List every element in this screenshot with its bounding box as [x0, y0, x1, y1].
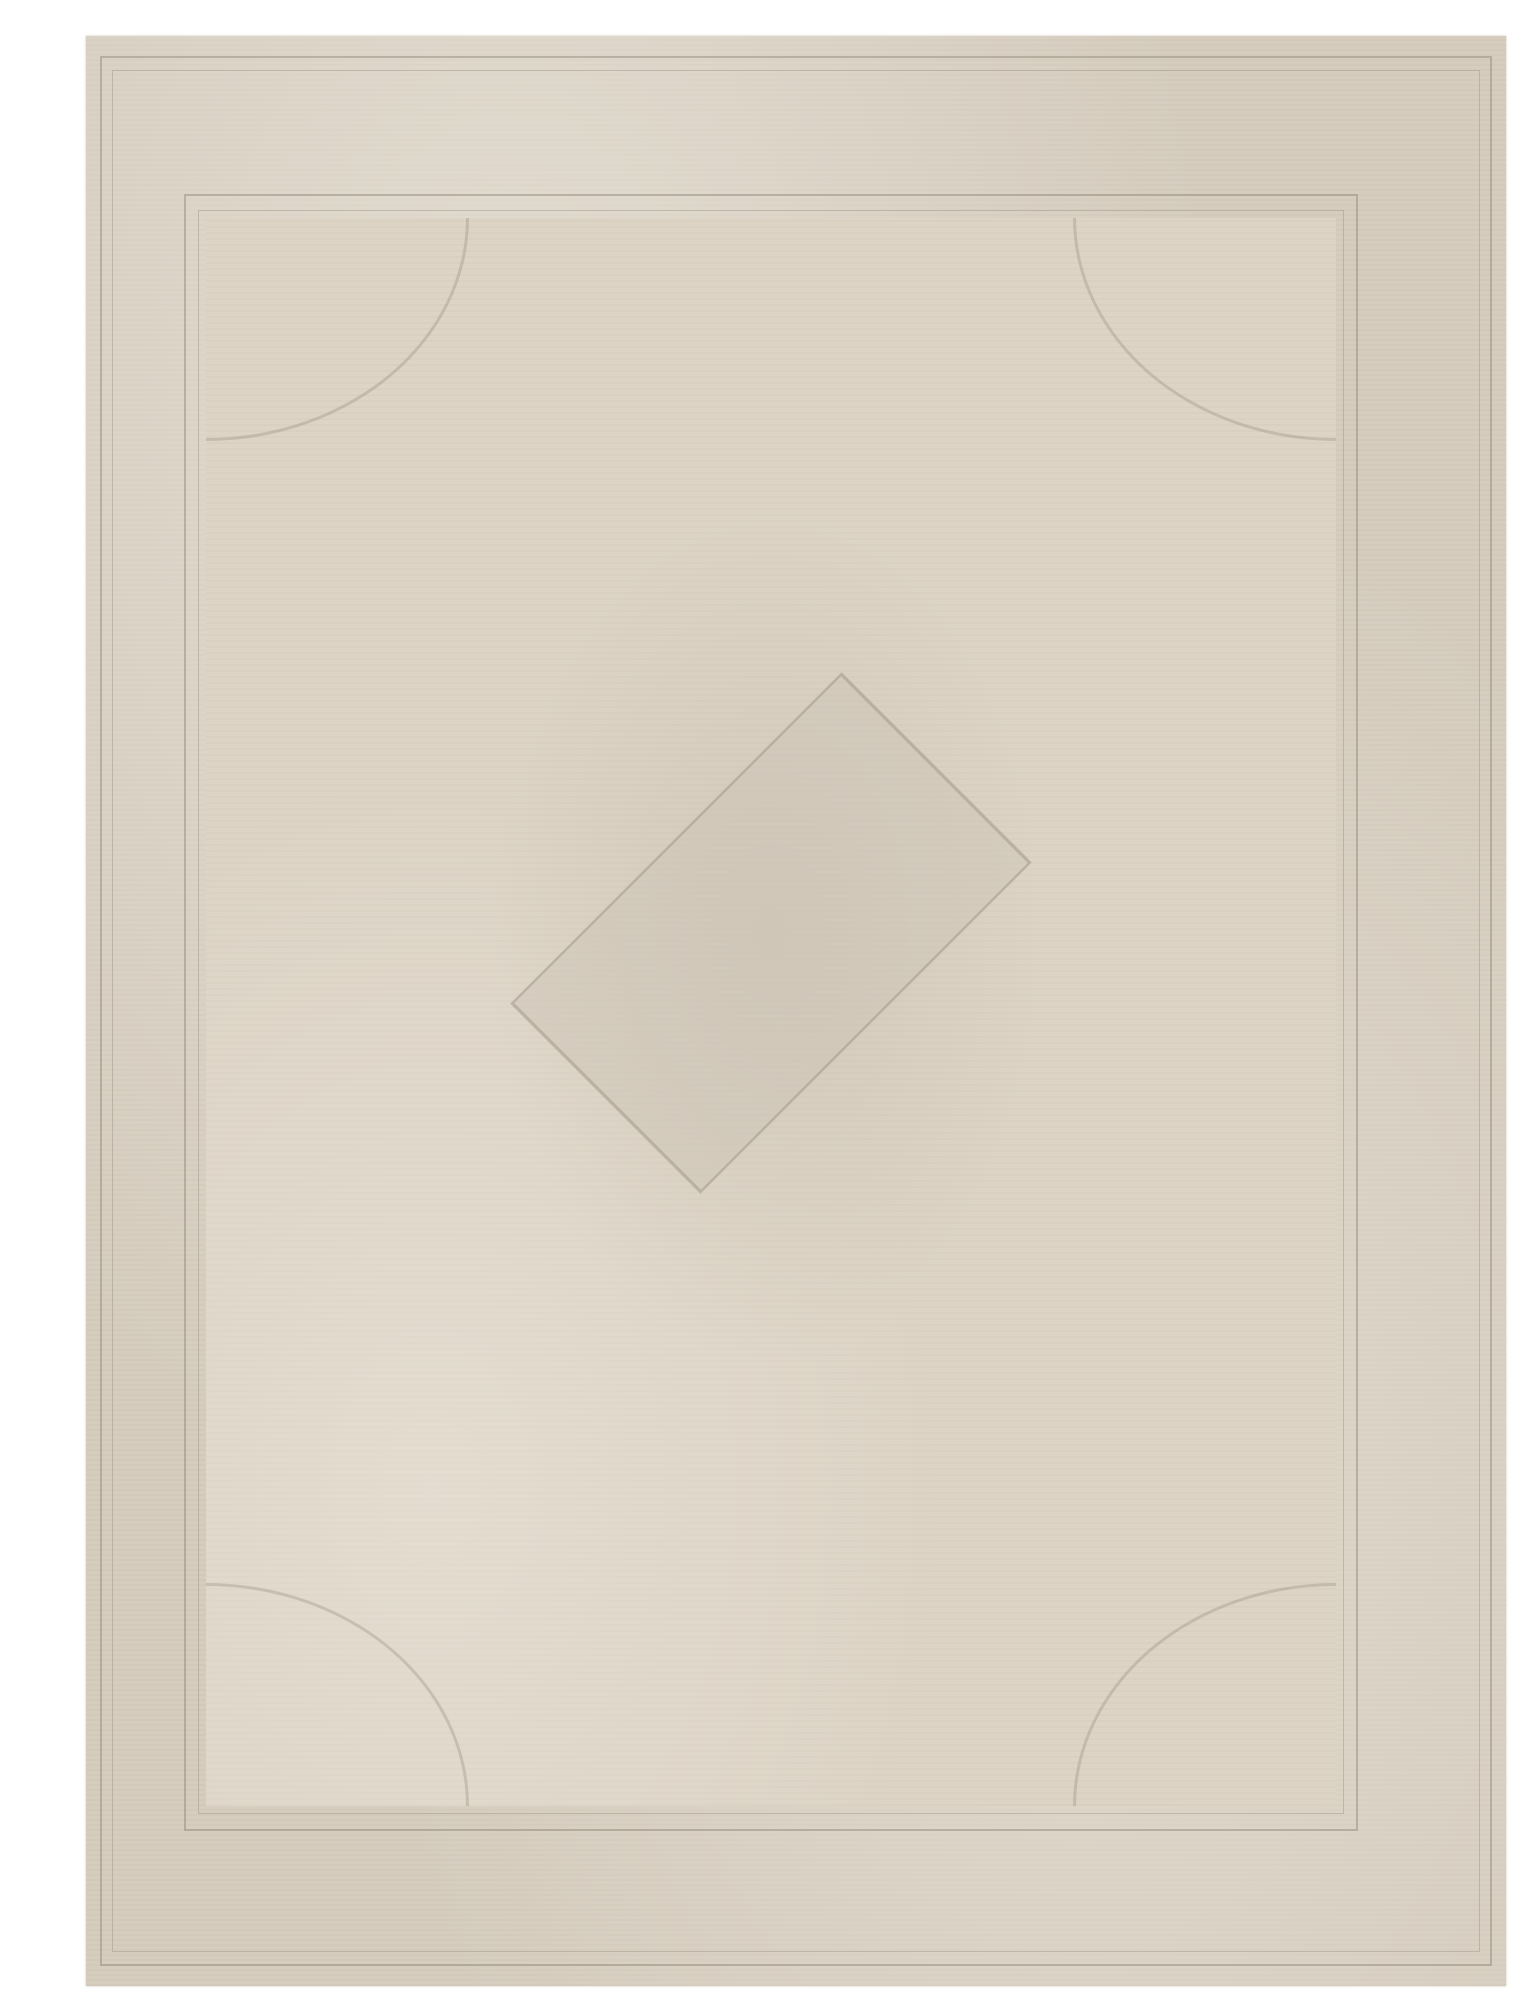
- central-medallion: [510, 672, 1031, 1193]
- rug: [86, 36, 1506, 1986]
- corner-spandrel-top-right: [1073, 218, 1336, 441]
- corner-spandrel-bottom-right: [1073, 1583, 1336, 1806]
- corner-spandrel-top-left: [206, 218, 469, 441]
- corner-spandrel-bottom-left: [206, 1583, 469, 1806]
- rug-field: [206, 218, 1336, 1806]
